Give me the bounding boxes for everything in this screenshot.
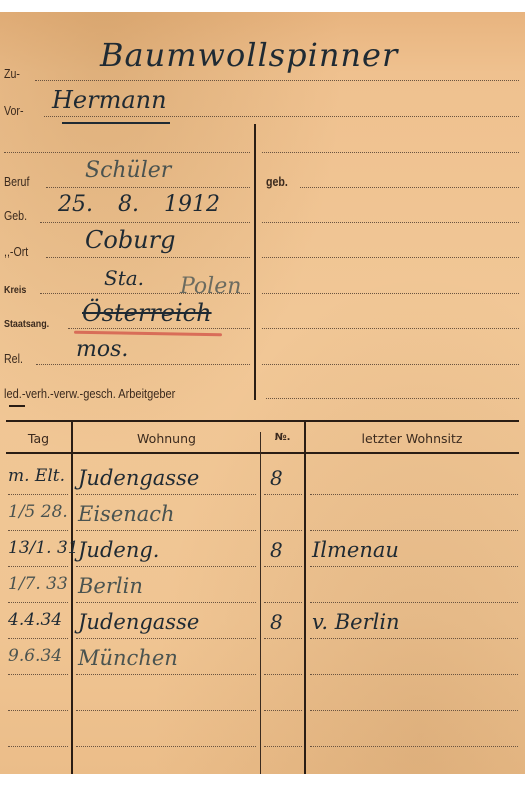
citizenship-label: Staatsang. xyxy=(4,318,49,330)
section-divider xyxy=(254,124,256,400)
cell-wohnung: Judeng. xyxy=(78,538,159,562)
row-line xyxy=(310,530,518,531)
given-name-underline xyxy=(62,122,170,124)
marital-status-mark xyxy=(9,405,25,407)
birth-place-label: ,,-Ort xyxy=(4,245,28,259)
col-divider-tag xyxy=(71,420,73,774)
row-line xyxy=(310,566,518,567)
cell-wohnung: München xyxy=(78,646,178,670)
cell-letzter-wohnsitz: Ilmenau xyxy=(312,538,399,562)
row-line xyxy=(76,602,256,603)
row-line xyxy=(310,494,518,495)
blank-line-left xyxy=(4,152,250,153)
row-line xyxy=(264,746,302,747)
cell-nr: 8 xyxy=(270,538,283,562)
row-line xyxy=(76,530,256,531)
right-line-6 xyxy=(262,328,519,329)
surname-label: Zu- xyxy=(4,67,20,81)
row-line xyxy=(8,638,68,639)
cell-tag: 9.6.34 xyxy=(8,646,62,666)
header-tag: Tag xyxy=(6,431,71,446)
row-line xyxy=(264,530,302,531)
registration-card: Zu- Baumwollspinner Vor- Hermann Beruf S… xyxy=(0,12,525,774)
row-line xyxy=(310,602,518,603)
cell-tag: 13/1. 31 xyxy=(8,538,79,558)
header-letzter-wohnsitz: letzter Wohnsitz xyxy=(306,431,518,446)
row-line xyxy=(264,674,302,675)
row-line xyxy=(310,674,518,675)
row-line xyxy=(264,638,302,639)
row-line xyxy=(8,566,68,567)
cell-tag: 1/5 28. xyxy=(8,502,68,522)
row-line xyxy=(8,710,68,711)
cell-wohnung: Judengasse xyxy=(78,610,199,634)
row-line xyxy=(310,710,518,711)
table-header-rule xyxy=(6,452,519,454)
row-line xyxy=(76,494,256,495)
birth-place-value: Coburg xyxy=(85,226,175,254)
occupation-value: Schüler xyxy=(85,158,171,183)
row-line xyxy=(8,530,68,531)
spouse-born-line xyxy=(300,187,519,188)
row-line xyxy=(8,494,68,495)
row-line xyxy=(310,638,518,639)
row-line xyxy=(8,602,68,603)
row-line xyxy=(264,566,302,567)
cell-nr: 8 xyxy=(270,610,283,634)
cell-tag: m. Elt. xyxy=(8,466,65,486)
district-value: Sta. xyxy=(104,266,144,290)
cell-wohnung: Eisenach xyxy=(78,502,175,526)
row-line xyxy=(76,566,256,567)
religion-value: mos. xyxy=(76,337,128,362)
row-line xyxy=(264,602,302,603)
religion-label: Rel. xyxy=(4,352,23,366)
row-line xyxy=(76,674,256,675)
row-line xyxy=(8,674,68,675)
birth-date-label: Geb. xyxy=(4,209,27,223)
cell-letzter-wohnsitz: v. Berlin xyxy=(312,610,400,634)
cell-tag: 4.4.34 xyxy=(8,610,62,630)
row-line xyxy=(8,746,68,747)
district-annotation: Polen xyxy=(180,274,241,299)
given-name-value: Hermann xyxy=(52,86,167,114)
birth-place-line xyxy=(46,257,250,258)
header-wohnung: Wohnung xyxy=(73,431,260,446)
blank-line-right xyxy=(262,152,519,153)
given-name-label: Vor- xyxy=(4,104,23,118)
table-top-rule xyxy=(6,420,519,422)
occupation-line xyxy=(46,187,250,188)
birth-date-line xyxy=(40,222,250,223)
col-divider-nr xyxy=(304,420,306,774)
spouse-born-label: geb. xyxy=(266,175,288,189)
row-line xyxy=(310,746,518,747)
cell-wohnung: Berlin xyxy=(78,574,143,598)
citizenship-value: Österreich xyxy=(82,299,212,327)
header-nr: №. xyxy=(261,432,304,443)
birth-date-value: 25. 8. 1912 xyxy=(58,192,220,217)
row-line xyxy=(76,746,256,747)
cell-wohnung: Judengasse xyxy=(78,466,199,490)
surname-value: Baumwollspinner xyxy=(100,36,398,74)
citizenship-line xyxy=(68,328,250,329)
red-pencil-mark xyxy=(74,331,222,337)
given-name-line xyxy=(44,116,519,117)
cell-tag: 1/7. 33 xyxy=(8,574,68,594)
row-line xyxy=(264,710,302,711)
col-divider-wohnung xyxy=(260,432,261,774)
religion-line xyxy=(36,364,250,365)
employer-line xyxy=(266,398,519,399)
row-line xyxy=(76,638,256,639)
cell-nr: 8 xyxy=(270,466,283,490)
right-line-3 xyxy=(262,222,519,223)
occupation-label: Beruf xyxy=(4,175,29,189)
right-line-4 xyxy=(262,257,519,258)
surname-line xyxy=(35,80,519,81)
row-line xyxy=(76,710,256,711)
marital-employer-label: led.-verh.-verw.-gesch. Arbeitgeber xyxy=(4,386,175,401)
right-line-5 xyxy=(262,293,519,294)
row-line xyxy=(264,494,302,495)
district-label: Kreis xyxy=(4,284,26,296)
right-line-7 xyxy=(262,364,519,365)
